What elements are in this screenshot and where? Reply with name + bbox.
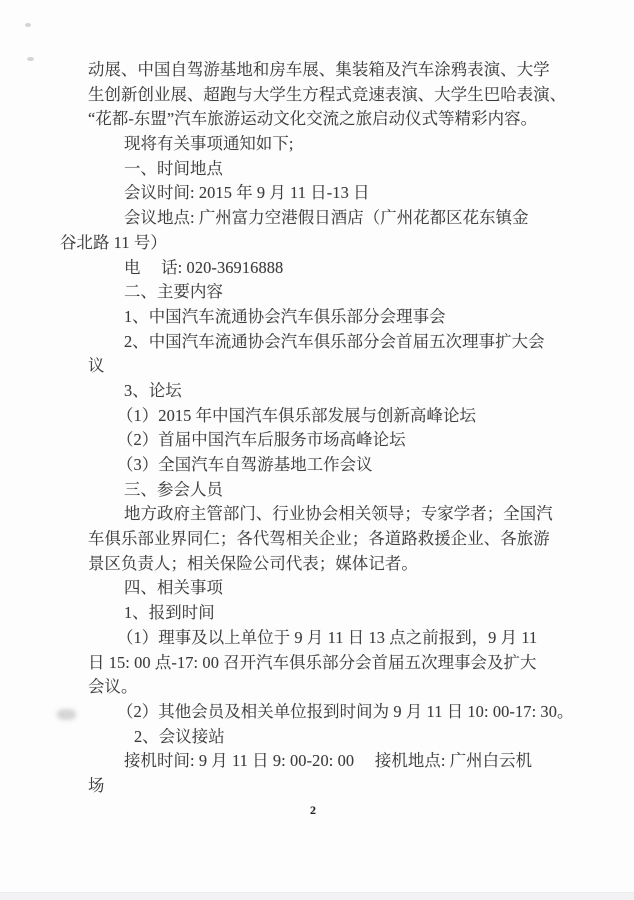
text-line: 现将有关事项通知如下; (124, 132, 634, 157)
text-line: 2、中国汽车流通协会汽车俱乐部分会首届五次理事扩大会 (124, 330, 634, 355)
text-line: “花都-东盟”汽车旅游运动文化交流之旅启动仪式等精彩内容。 (88, 107, 634, 132)
text-line: 1、中国汽车流通协会汽车俱乐部分会理事会 (124, 305, 634, 330)
text-line: 车俱乐部业界同仁；各代驾相关企业；各道路救援企业、各旅游 (88, 527, 634, 552)
text-line: （2）首届中国汽车后服务市场高峰论坛 (117, 428, 634, 453)
text-line: 场 (88, 774, 634, 799)
text-line: 三、参会人员 (124, 478, 634, 503)
text-line: 会议时间: 2015 年 9 月 11 日-13 日 (124, 181, 634, 206)
text-line: 会议地点: 广州富力空港假日酒店（广州花都区花东镇金 (124, 206, 634, 231)
scanned-document-page: 动展、中国自驾游基地和房车展、集装箱及汽车涂鸦表演、大学生创新创业展、超跑与大学… (0, 0, 634, 900)
text-line: 1、报到时间 (124, 601, 634, 626)
text-line: 四、相关事项 (124, 576, 634, 601)
text-line: 一、时间地点 (124, 157, 634, 182)
text-line: 议 (88, 354, 634, 379)
text-line: 3、论坛 (124, 379, 634, 404)
text-line: 接机时间: 9 月 11 日 9: 00-20: 00 接机地点: 广州白云机 (124, 749, 634, 774)
text-line: （1）2015 年中国汽车俱乐部发展与创新高峰论坛 (117, 404, 634, 429)
text-line: 谷北路 11 号） (60, 231, 634, 256)
text-line: （2）其他会员及相关单位报到时间为 9 月 11 日 10: 00-17: 30… (117, 700, 634, 725)
text-line: 地方政府主管部门、行业协会相关领导；专家学者；全国汽 (124, 502, 634, 527)
text-line: 景区负责人；相关保险公司代表；媒体记者。 (88, 552, 634, 577)
page-number: 2 (0, 803, 626, 818)
text-line: （1）理事及以上单位于 9 月 11 日 13 点之前报到，9 月 11 (117, 626, 634, 651)
text-line: 生创新创业展、超跑与大学生方程式竞速表演、大学生巴哈表演、 (88, 83, 634, 108)
text-line: 电 话: 020-36916888 (124, 256, 634, 281)
scan-footer-strip (0, 892, 634, 900)
document-body: 动展、中国自驾游基地和房车展、集装箱及汽车涂鸦表演、大学生创新创业展、超跑与大学… (0, 58, 634, 799)
text-line: 2、会议接站 (134, 725, 634, 750)
text-line: 二、主要内容 (124, 280, 634, 305)
text-line: 日 15: 00 点-17: 00 召开汽车俱乐部分会首届五次理事会及扩大 (88, 651, 634, 676)
text-line: （3）全国汽车自驾游基地工作会议 (117, 453, 634, 478)
text-line: 会议。 (88, 675, 634, 700)
scan-speck-artifact (25, 23, 31, 27)
text-line: 动展、中国自驾游基地和房车展、集装箱及汽车涂鸦表演、大学 (88, 58, 634, 83)
